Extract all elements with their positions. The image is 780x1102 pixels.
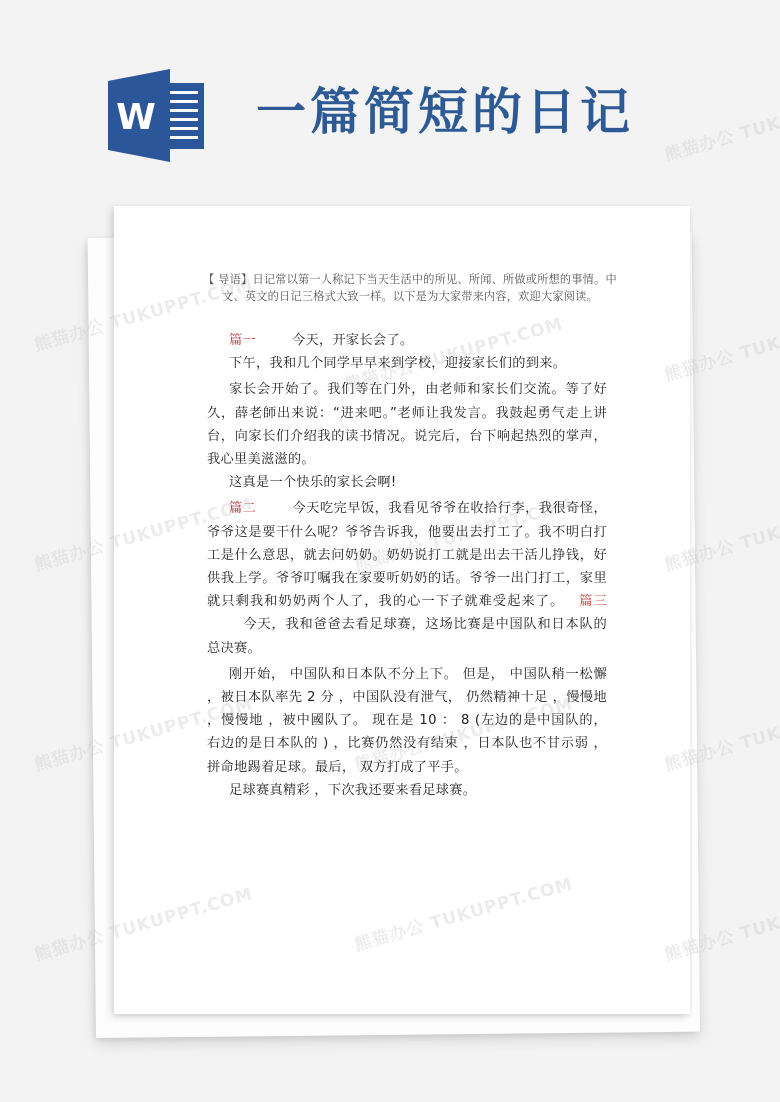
document-body: 篇一今天，开家长会了。 下午，我和几个同学早早来到学校，迎接家长们的到来。 家长… <box>207 329 607 802</box>
part1-paragraph-1: 下午，我和几个同学早早来到学校，迎接家长们的到来。 <box>207 352 607 375</box>
page-title: 一篇简短的日记 <box>256 80 634 144</box>
part1-lead: 篇一今天，开家长会了。 <box>207 329 607 352</box>
header: W 一篇简短的日记 <box>0 0 780 200</box>
part1-paragraph-3: 这真是一个快乐的家长会啊! <box>207 471 607 494</box>
part1-tag: 篇一 <box>229 333 256 348</box>
microsoft-word-icon: W <box>108 69 208 162</box>
part2-tag: 篇二 <box>229 501 256 516</box>
intro-paragraph: 【 导语】日记常以第一人称记下当天生活中的所见、所闻、所做或所想的事情。中文、英… <box>200 271 620 305</box>
svg-text:W: W <box>116 97 156 138</box>
part3-paragraph-2: 足球赛真精彩 ，下次我还要来看足球赛。 <box>207 779 607 802</box>
part1-paragraph-2: 家长会开始了。我们等在门外，由老师和家长们交流。等了好久，薛老師出来说：“进来吧… <box>207 378 607 471</box>
part2-and-part3-lead: 篇二今天吃完早饭，我看见爷爷在收拾行李，我很奇怪，爷爷这是要干什么呢？爷爷告诉我… <box>207 497 607 659</box>
part3-paragraph-1: 刚开始， 中国队和日本队不分上下。 但是， 中国队稍一松懈 ，被日本队率先 2 … <box>207 663 607 779</box>
part3-tag: 篇三 <box>578 594 607 609</box>
